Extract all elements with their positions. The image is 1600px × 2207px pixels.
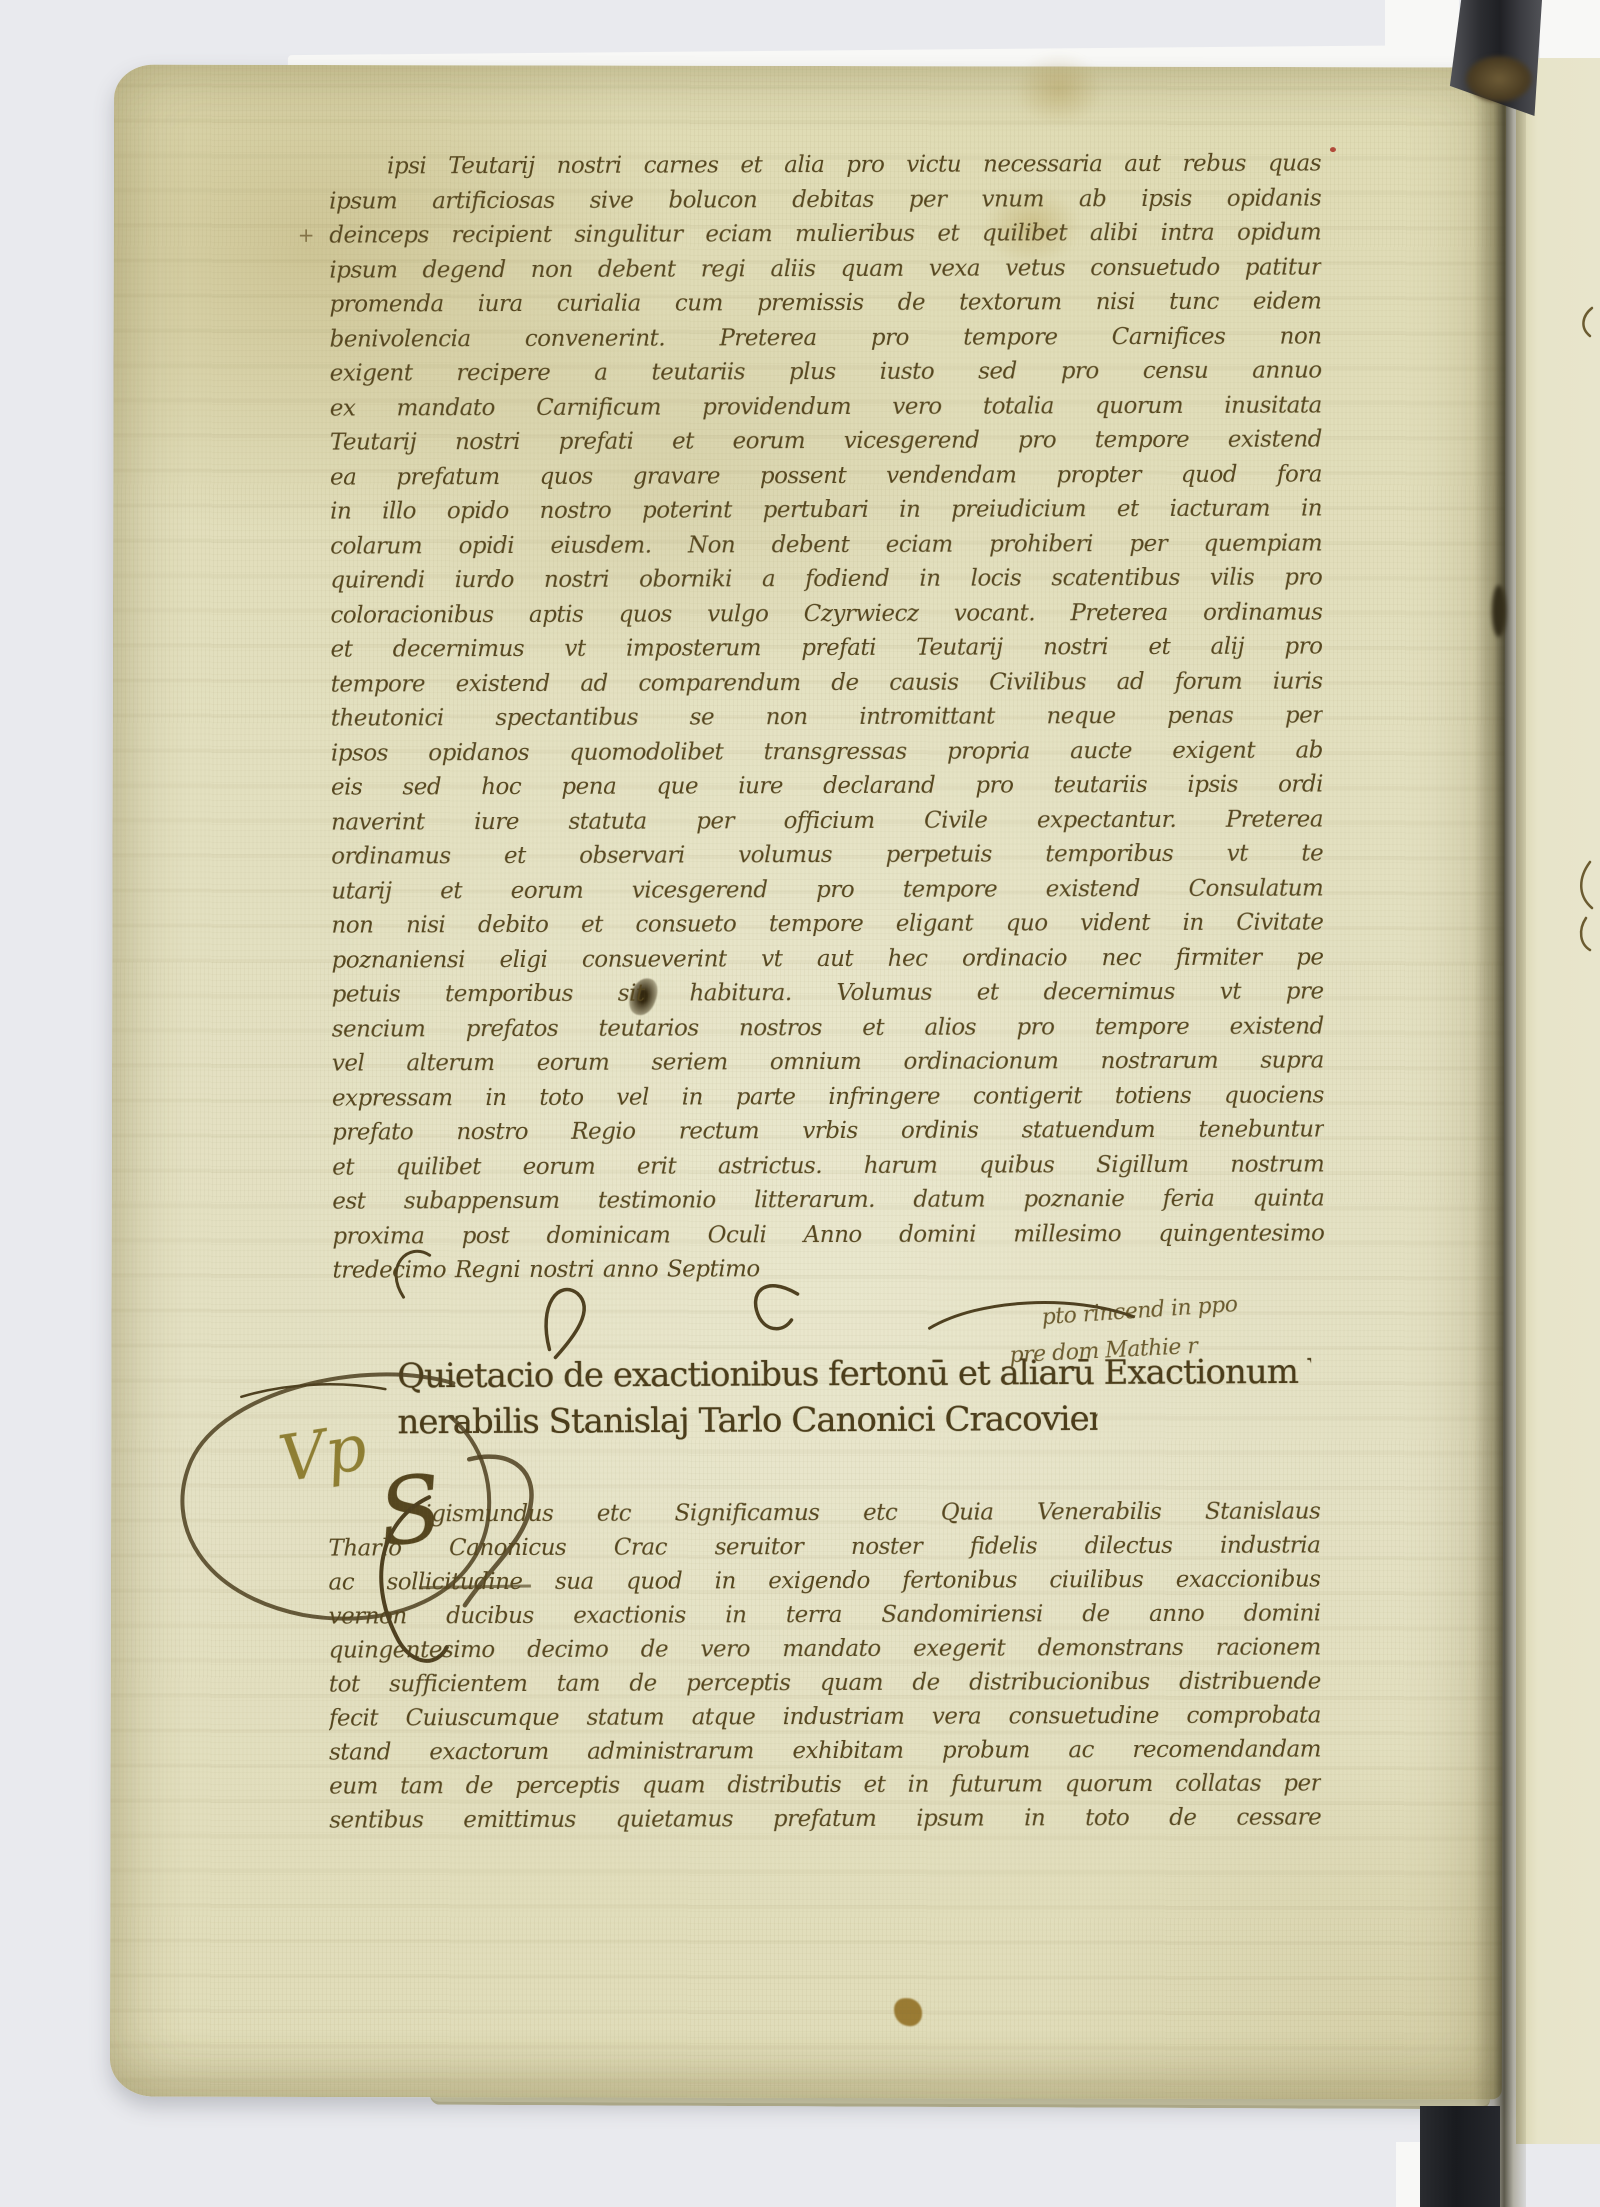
manuscript-line: Teutarij nostri prefati et eorum vicesge… xyxy=(330,422,1322,460)
manuscript-line: poznaniensi eligi consueverint vt aut he… xyxy=(331,940,1323,978)
manuscript-text-block-2: igismundus etc Significamus etc Quia Ven… xyxy=(328,1494,1321,1837)
stain xyxy=(894,1998,922,2026)
manuscript-line: naverint iure statuta per officium Civil… xyxy=(331,802,1323,840)
manuscript-line: vernon ducibus exactionis in terra Sando… xyxy=(329,1596,1321,1633)
facing-page-edge xyxy=(1516,58,1600,2144)
manuscript-line: ordinamus et observari volumus perpetuis… xyxy=(331,836,1323,874)
manuscript-line: eum tam de perceptis quam distributis et… xyxy=(329,1766,1321,1803)
manuscript-line: eis sed hoc pena que iure declarand pro … xyxy=(331,767,1323,805)
binding-clamp-bottom xyxy=(1420,2106,1500,2207)
gutter-shadow xyxy=(1474,0,1526,2207)
margin-cross-mark: + xyxy=(298,223,315,247)
manuscript-line: sencium prefatos teutarios nostros et al… xyxy=(332,1009,1324,1047)
manuscript-line: in illo opido nostro poterint pertubari … xyxy=(330,491,1322,529)
manuscript-line: ac sollicitudine sua quod in exigendo fe… xyxy=(328,1562,1320,1599)
manuscript-line: igismundus etc Significamus etc Quia Ven… xyxy=(328,1494,1320,1531)
manuscript-line: colarum opidi eiusdem. Non debent eciam … xyxy=(330,526,1322,564)
manuscript-text-block-1: ipsi Teutarij nostri carnes et alia pro … xyxy=(329,146,1325,1288)
manuscript-line: fecit Cuiuscumque statum atque industria… xyxy=(329,1698,1321,1735)
binding-leather-remnant xyxy=(1466,56,1532,102)
manuscript-line: vel alterum eorum seriem omnium ordinaci… xyxy=(332,1043,1324,1081)
manuscript-line: theutonici spectantibus se non intromitt… xyxy=(331,698,1323,736)
manuscript-line: Tharlo Canonicus Crac seruitor noster fi… xyxy=(328,1528,1320,1565)
manuscript-scan: + ipsi Teutarij nostri carnes et alia pr… xyxy=(0,0,1600,2207)
manuscript-line: tredecimo Regni nostri anno Septimo xyxy=(332,1250,1324,1288)
manuscript-line: ipsos opidanos quomodolibet transgressas… xyxy=(331,733,1323,771)
manuscript-line: quirendi iurdo nostri oborniki a fodiend… xyxy=(330,560,1322,598)
manuscript-line: ea prefatum quos gravare possent vendend… xyxy=(330,457,1322,495)
manuscript-line: utarij et eorum vicesgerend pro tempore … xyxy=(331,871,1323,909)
manuscript-line: ipsum degend non debent regi aliis quam … xyxy=(329,250,1321,288)
manuscript-line: exigent recipere a teutariis plus iusto … xyxy=(330,353,1322,391)
manuscript-line: ipsi Teutarij nostri carnes et alia pro … xyxy=(329,146,1321,184)
manuscript-line: benivolencia convenerint. Preterea pro t… xyxy=(330,319,1322,357)
manuscript-line: sentibus emittimus quietamus prefatum ip… xyxy=(329,1800,1321,1837)
manuscript-line: et quilibet eorum erit astrictus. harum … xyxy=(332,1147,1324,1185)
manuscript-line: petuis temporibus sit habitura. Volumus … xyxy=(332,974,1324,1012)
manuscript-line: quingentesimo decimo de vero mandato exe… xyxy=(329,1630,1321,1667)
manuscript-line: ex mandato Carnificum providendum vero t… xyxy=(330,388,1322,426)
manuscript-line: proxima post dominicam Oculi Anno domini… xyxy=(332,1216,1324,1254)
manuscript-line: deinceps recipient singulitur eciam muli… xyxy=(329,215,1321,253)
manuscript-line: et decernimus vt imposterum prefati Teut… xyxy=(330,629,1322,667)
chancery-annotation-line-1: pto rincend in ppo xyxy=(1041,1292,1238,1330)
manuscript-line: ipsum artificiosas sive bolucon debitas … xyxy=(329,181,1321,219)
manuscript-line: tempore existend ad comparendum de causi… xyxy=(331,664,1323,702)
manuscript-line: est subappensum testimonio litterarum. d… xyxy=(332,1181,1324,1219)
manuscript-line: tot sufficientem tam de perceptis quam d… xyxy=(329,1664,1321,1701)
oval-monogram: Vp xyxy=(274,1411,372,1498)
parchment-page: + ipsi Teutarij nostri carnes et alia pr… xyxy=(110,65,1506,2100)
manuscript-line: non nisi debito et consueto tempore elig… xyxy=(331,905,1323,943)
red-speck xyxy=(1330,147,1336,152)
manuscript-line: coloracionibus aptis quos vulgo Czyrwiec… xyxy=(330,595,1322,633)
manuscript-line: stand exactorum administrarum exhibitam … xyxy=(329,1732,1321,1769)
manuscript-line: expressam in toto vel in parte infringer… xyxy=(332,1078,1324,1116)
manuscript-line: prefato nostro Regio rectum vrbis ordini… xyxy=(332,1112,1324,1150)
manuscript-line: promenda iura curialia cum premissis de … xyxy=(329,284,1321,322)
